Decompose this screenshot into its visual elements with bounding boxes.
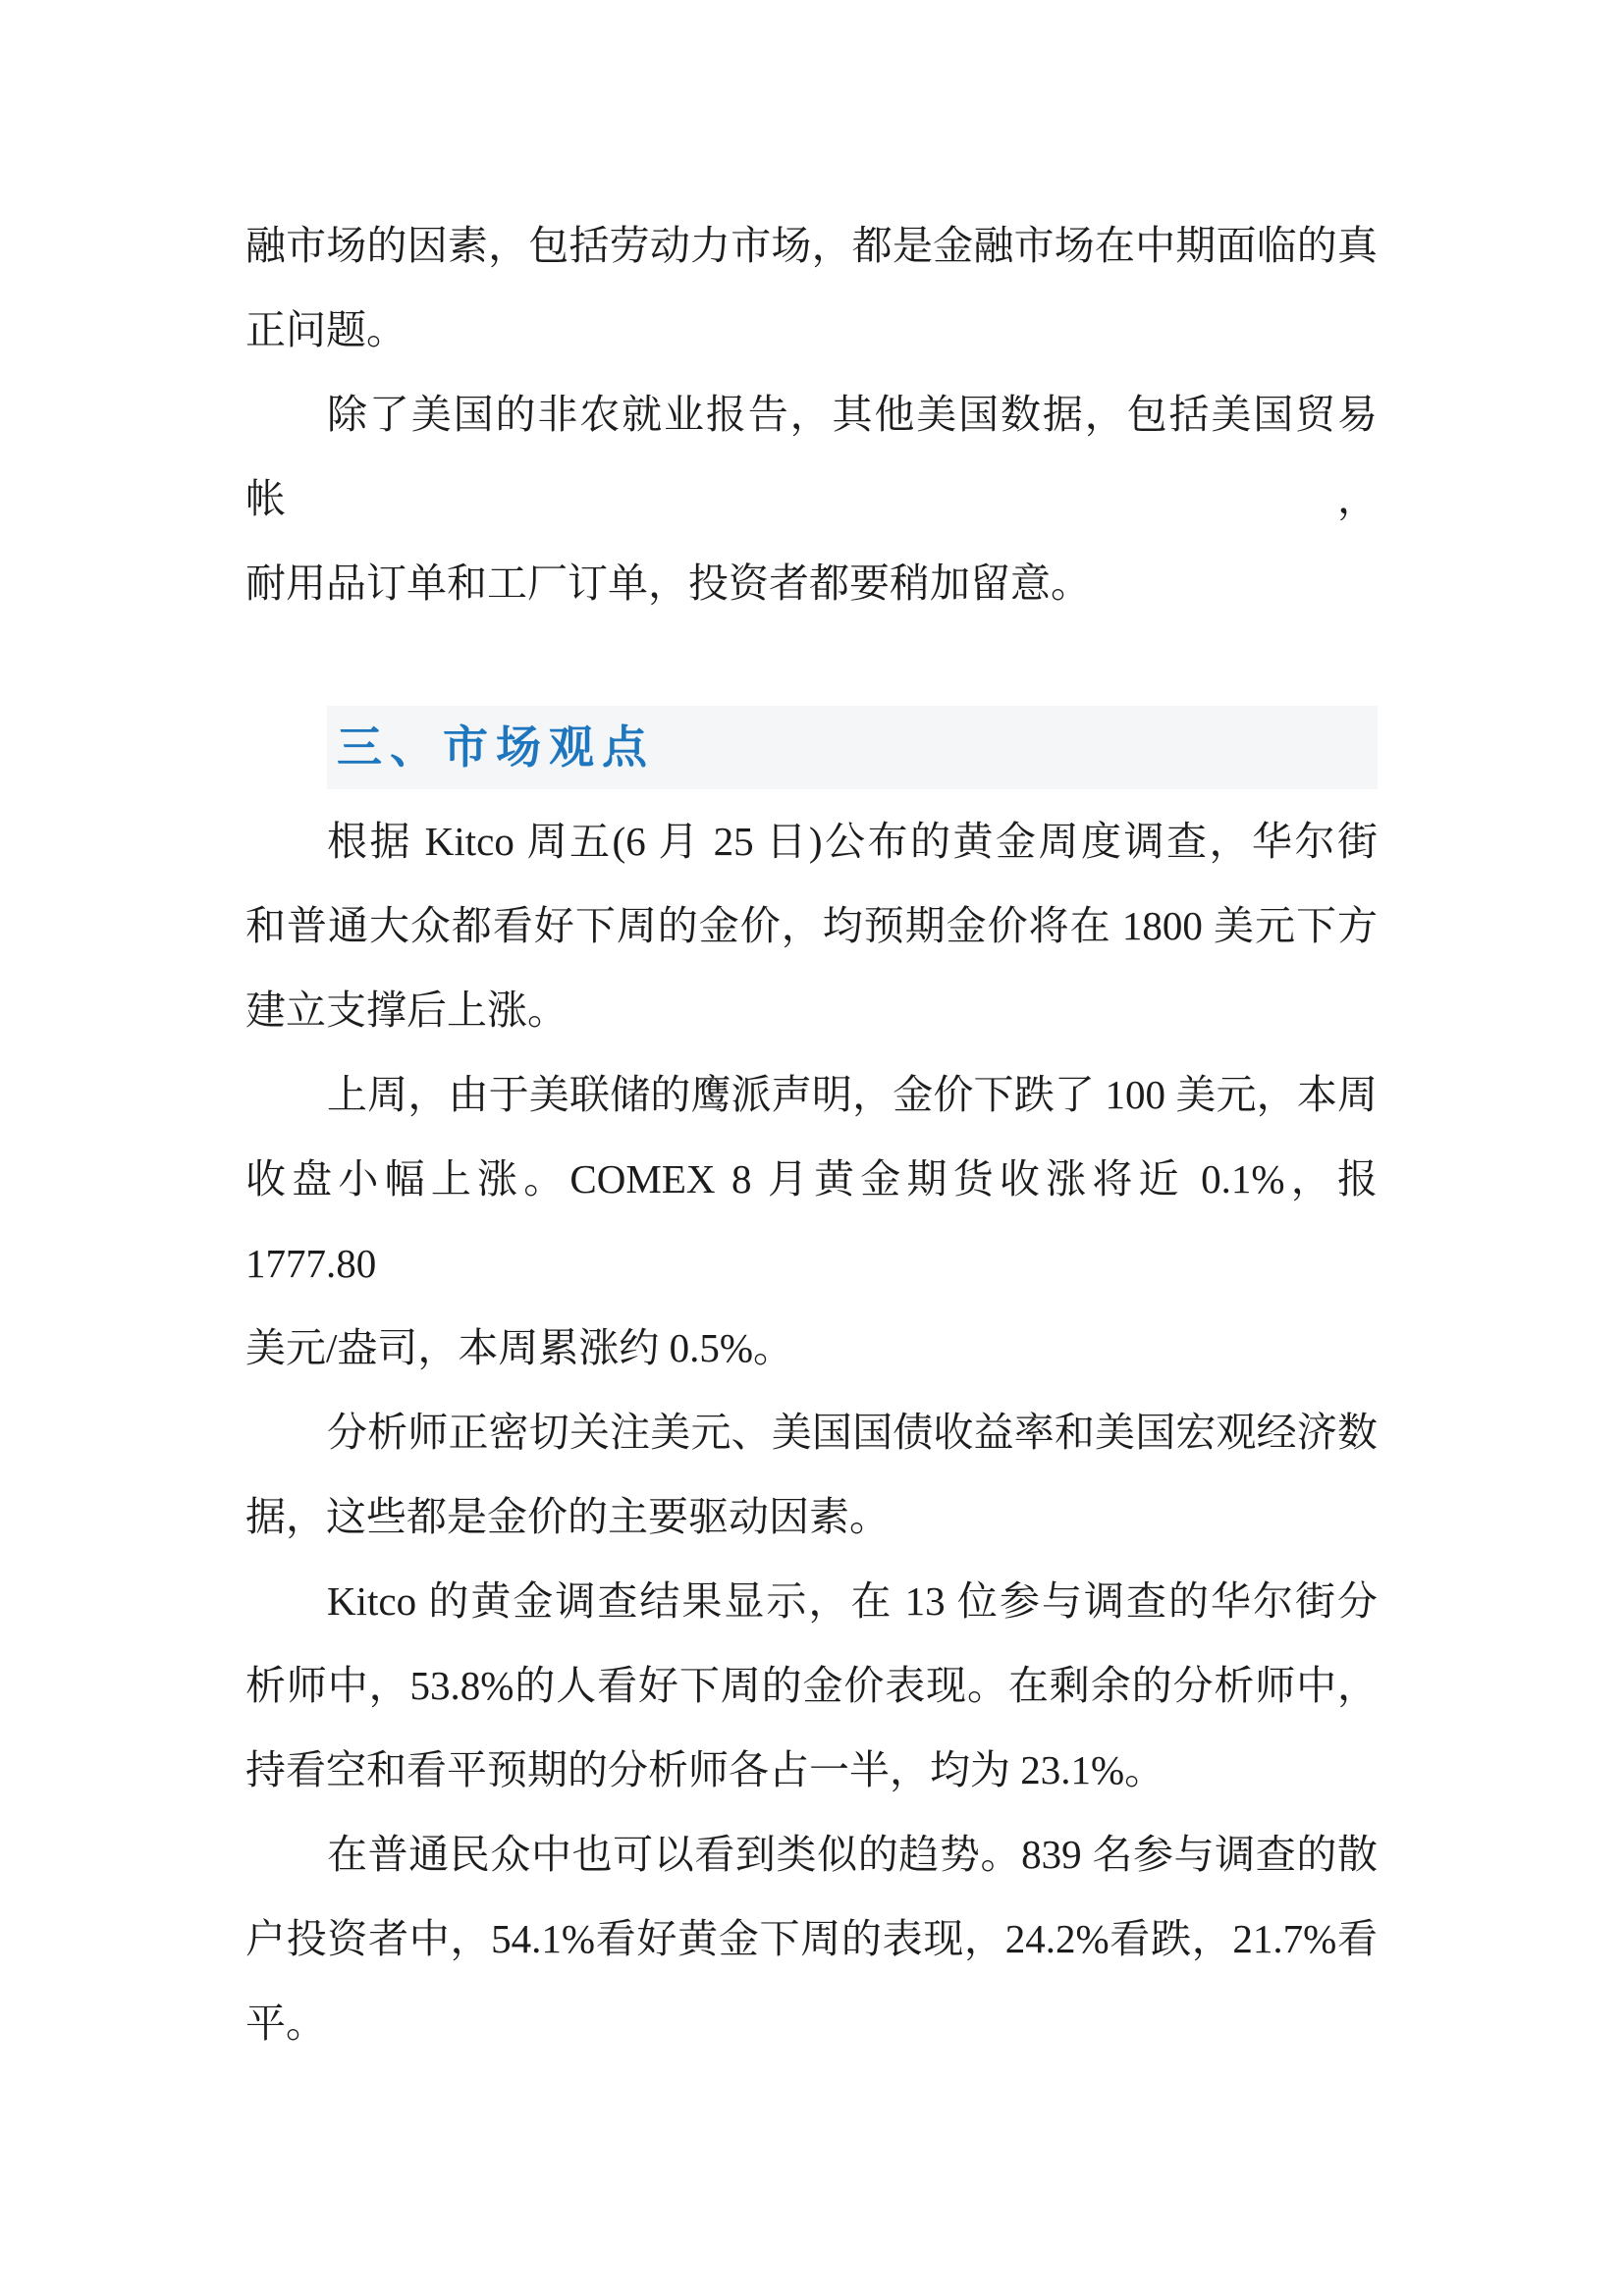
text-line: 除了美国的非农就业报告，其他美国数据，包括美国贸易帐， bbox=[245, 372, 1378, 541]
body-paragraphs: 根据 Kitco 周五(6 月 25 日)公布的黄金周度调查，华尔街和普通大众都… bbox=[245, 799, 1378, 2065]
text-line: Kitco 的黄金调查结果显示，在 13 位参与调查的华尔街分 bbox=[245, 1559, 1378, 1643]
section-heading: 三、市场观点 bbox=[327, 725, 655, 771]
text-line: 耐用品订单和工厂订单，投资者都要稍加留意。 bbox=[245, 541, 1378, 625]
text-line: 收盘小幅上涨。COMEX 8 月黄金期货收涨将近 0.1%，报 1777.80 bbox=[245, 1137, 1378, 1306]
paragraph: 上周，由于美联储的鹰派声明，金价下跌了 100 美元，本周收盘小幅上涨。COME… bbox=[245, 1052, 1378, 1390]
text-line: 上周，由于美联储的鹰派声明，金价下跌了 100 美元，本周 bbox=[245, 1052, 1378, 1137]
text-line: 根据 Kitco 周五(6 月 25 日)公布的黄金周度调查，华尔街 bbox=[245, 799, 1378, 883]
intro-paragraphs: 融市场的因素，包括劳动力市场，都是金融市场在中期面临的真正问题。除了美国的非农就… bbox=[245, 203, 1378, 625]
paragraph: Kitco 的黄金调查结果显示，在 13 位参与调查的华尔街分析师中，53.8%… bbox=[245, 1559, 1378, 1812]
text-line: 和普通大众都看好下周的金价，均预期金价将在 1800 美元下方 bbox=[245, 883, 1378, 968]
section-heading-band: 三、市场观点 bbox=[327, 706, 1378, 789]
paragraph: 分析师正密切关注美元、美国国债收益率和美国宏观经济数据，这些都是金价的主要驱动因… bbox=[245, 1390, 1378, 1559]
text-line: 析师中，53.8%的人看好下周的金价表现。在剩余的分析师中， bbox=[245, 1643, 1378, 1728]
text-line: 在普通民众中也可以看到类似的趋势。839 名参与调查的散 bbox=[245, 1812, 1378, 1896]
paragraph: 在普通民众中也可以看到类似的趋势。839 名参与调查的散户投资者中，54.1%看… bbox=[245, 1812, 1378, 2065]
text-line: 融市场的因素，包括劳动力市场，都是金融市场在中期面临的真 bbox=[245, 203, 1378, 288]
text-line: 持看空和看平预期的分析师各占一半，均为 23.1%。 bbox=[245, 1728, 1378, 1812]
text-line: 平。 bbox=[245, 1981, 1378, 2065]
text-line: 据，这些都是金价的主要驱动因素。 bbox=[245, 1474, 1378, 1559]
text-line: 正问题。 bbox=[245, 288, 1378, 372]
paragraph: 根据 Kitco 周五(6 月 25 日)公布的黄金周度调查，华尔街和普通大众都… bbox=[245, 799, 1378, 1052]
text-line: 建立支撑后上涨。 bbox=[245, 968, 1378, 1052]
paragraph: 融市场的因素，包括劳动力市场，都是金融市场在中期面临的真正问题。 bbox=[245, 203, 1378, 372]
text-line: 户投资者中，54.1%看好黄金下周的表现，24.2%看跌，21.7%看 bbox=[245, 1896, 1378, 1981]
document-page: 融市场的因素，包括劳动力市场，都是金融市场在中期面临的真正问题。除了美国的非农就… bbox=[0, 0, 1624, 2296]
text-line: 分析师正密切关注美元、美国国债收益率和美国宏观经济数 bbox=[245, 1390, 1378, 1474]
text-line: 美元/盎司，本周累涨约 0.5%。 bbox=[245, 1306, 1378, 1390]
paragraph: 除了美国的非农就业报告，其他美国数据，包括美国贸易帐，耐用品订单和工厂订单，投资… bbox=[245, 372, 1378, 625]
document-body: 融市场的因素，包括劳动力市场，都是金融市场在中期面临的真正问题。除了美国的非农就… bbox=[245, 203, 1378, 2065]
